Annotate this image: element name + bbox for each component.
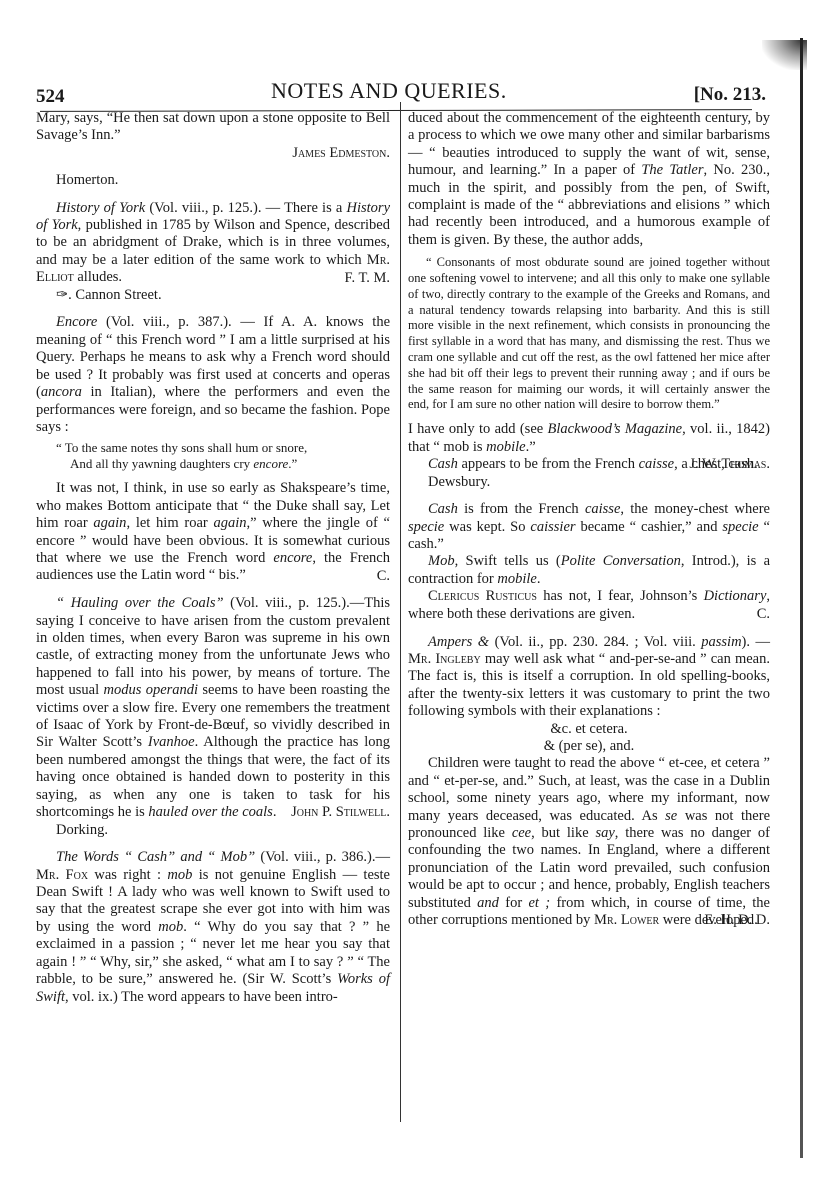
place-line: ✑. Cannon Street.: [36, 287, 390, 304]
person-name: Mr. Fox: [36, 867, 88, 883]
symbol-line: &c. et cetera.: [408, 721, 770, 738]
place-line: Dorking.: [36, 822, 390, 839]
column-rule: [400, 102, 401, 1122]
page-edge: [800, 38, 803, 1158]
symbol-line: & (per se), and.: [408, 738, 770, 755]
person-name: Mr. Ingleby: [408, 651, 481, 667]
paragraph: Mob, Swift tells us (Polite Conversation…: [408, 553, 770, 588]
paragraph: I have only to add (see Blackwood’s Maga…: [408, 421, 770, 456]
paragraph: Children were taught to read the above “…: [408, 755, 770, 929]
signature: James Edmeston.: [36, 145, 390, 162]
verse-quote: “ To the same notes thy sons shall hum o…: [36, 440, 390, 472]
paragraph: Cash is from the French caisse, the mone…: [408, 501, 770, 553]
article-encore: Encore (Vol. viii., p. 387.). — If A. A.…: [36, 314, 390, 436]
article-title: Ampers &: [428, 634, 489, 650]
article-title: Encore: [56, 314, 97, 330]
article-hauling-over-coals: “ Hauling over the Coals” (Vol. viii., p…: [36, 595, 390, 821]
person-name: Mr. Lower: [594, 912, 659, 928]
place-line: Dewsbury.: [408, 474, 770, 491]
paragraph: duced about the commencement of the eigh…: [408, 110, 770, 249]
running-title: NOTES AND QUERIES.: [271, 78, 507, 104]
block-quote: “ Consonants of most obdurate sound are …: [408, 255, 770, 413]
page-number: 524: [36, 86, 65, 108]
article-title: “ Hauling over the Coals”: [56, 595, 224, 611]
article-ampersand: Ampers & (Vol. ii., pp. 230. 284. ; Vol.…: [408, 634, 770, 721]
article-title: History of York: [56, 200, 145, 216]
issue-number: [No. 213.: [694, 84, 766, 106]
article-cash-and-mob: The Words “ Cash” and “ Mob” (Vol. viii.…: [36, 849, 390, 1006]
left-column: Mary, says, “He then sat down upon a sto…: [36, 110, 390, 1006]
right-column: duced about the commencement of the eigh…: [408, 110, 770, 930]
article-title: The Words “ Cash” and “ Mob”: [56, 849, 255, 865]
paragraph: Mary, says, “He then sat down upon a sto…: [36, 110, 390, 145]
page-header: 524 NOTES AND QUERIES. [No. 213.: [36, 80, 756, 110]
person-name: Clericus Rusticus: [428, 588, 537, 604]
place-line: Homerton.: [36, 172, 390, 189]
